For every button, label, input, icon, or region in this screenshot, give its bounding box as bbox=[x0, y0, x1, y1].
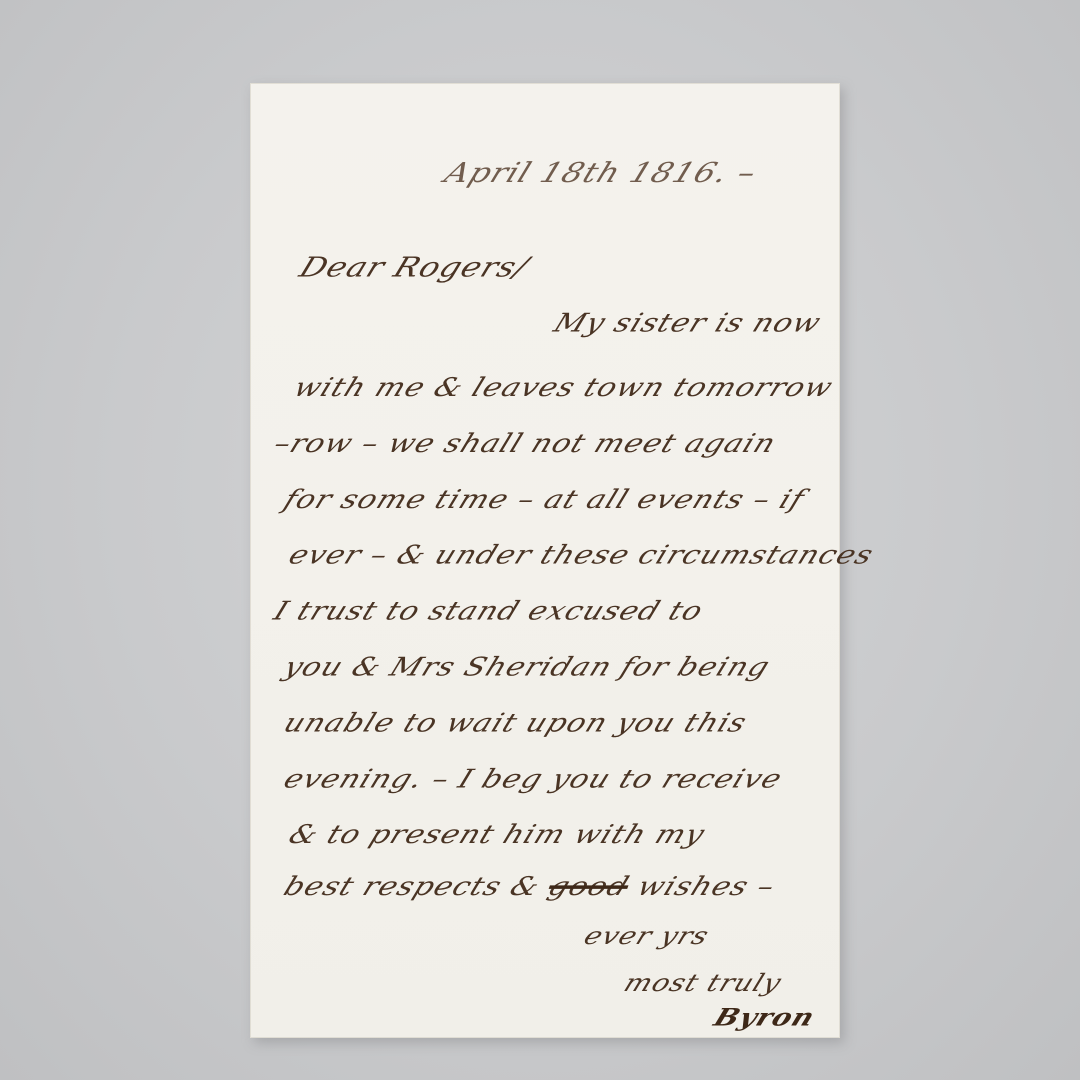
letter-closing: most truly bbox=[620, 969, 786, 997]
letter-last-line: best respects & good wishes – bbox=[280, 874, 779, 900]
letter-date: April 18th 1816. – bbox=[440, 156, 762, 189]
letter-closing: ever yrs bbox=[580, 922, 714, 950]
letter-line: & to present him with my bbox=[285, 823, 708, 849]
letter-signature: Byron bbox=[710, 1003, 819, 1031]
letter-line: ever – & under these circumstances bbox=[285, 543, 877, 569]
letter-line: My sister is now bbox=[550, 311, 825, 337]
letter-line-end: wishes – bbox=[633, 872, 780, 902]
struck-through-word: good bbox=[544, 872, 634, 902]
letter-line: for some time – at all events – if bbox=[280, 487, 808, 513]
handwriting: April 18th 1816. – Dear Rogers/ My siste… bbox=[250, 83, 840, 904]
letter-line: you & Mrs Sheridan for being bbox=[280, 655, 773, 681]
letter-line: unable to wait upon you this bbox=[280, 711, 750, 737]
letter-line-start: best respects & bbox=[279, 872, 544, 902]
letter-line: with me & leaves town tomorrow bbox=[290, 375, 836, 401]
letter-line: –row – we shall not meet again bbox=[270, 431, 780, 457]
letter-line: I trust to stand excused to bbox=[270, 599, 707, 625]
letter-sheet: April 18th 1816. – Dear Rogers/ My siste… bbox=[250, 83, 840, 1038]
letter-salutation: Dear Rogers/ bbox=[295, 251, 534, 284]
letter-line: evening. – I beg you to receive bbox=[280, 767, 786, 793]
